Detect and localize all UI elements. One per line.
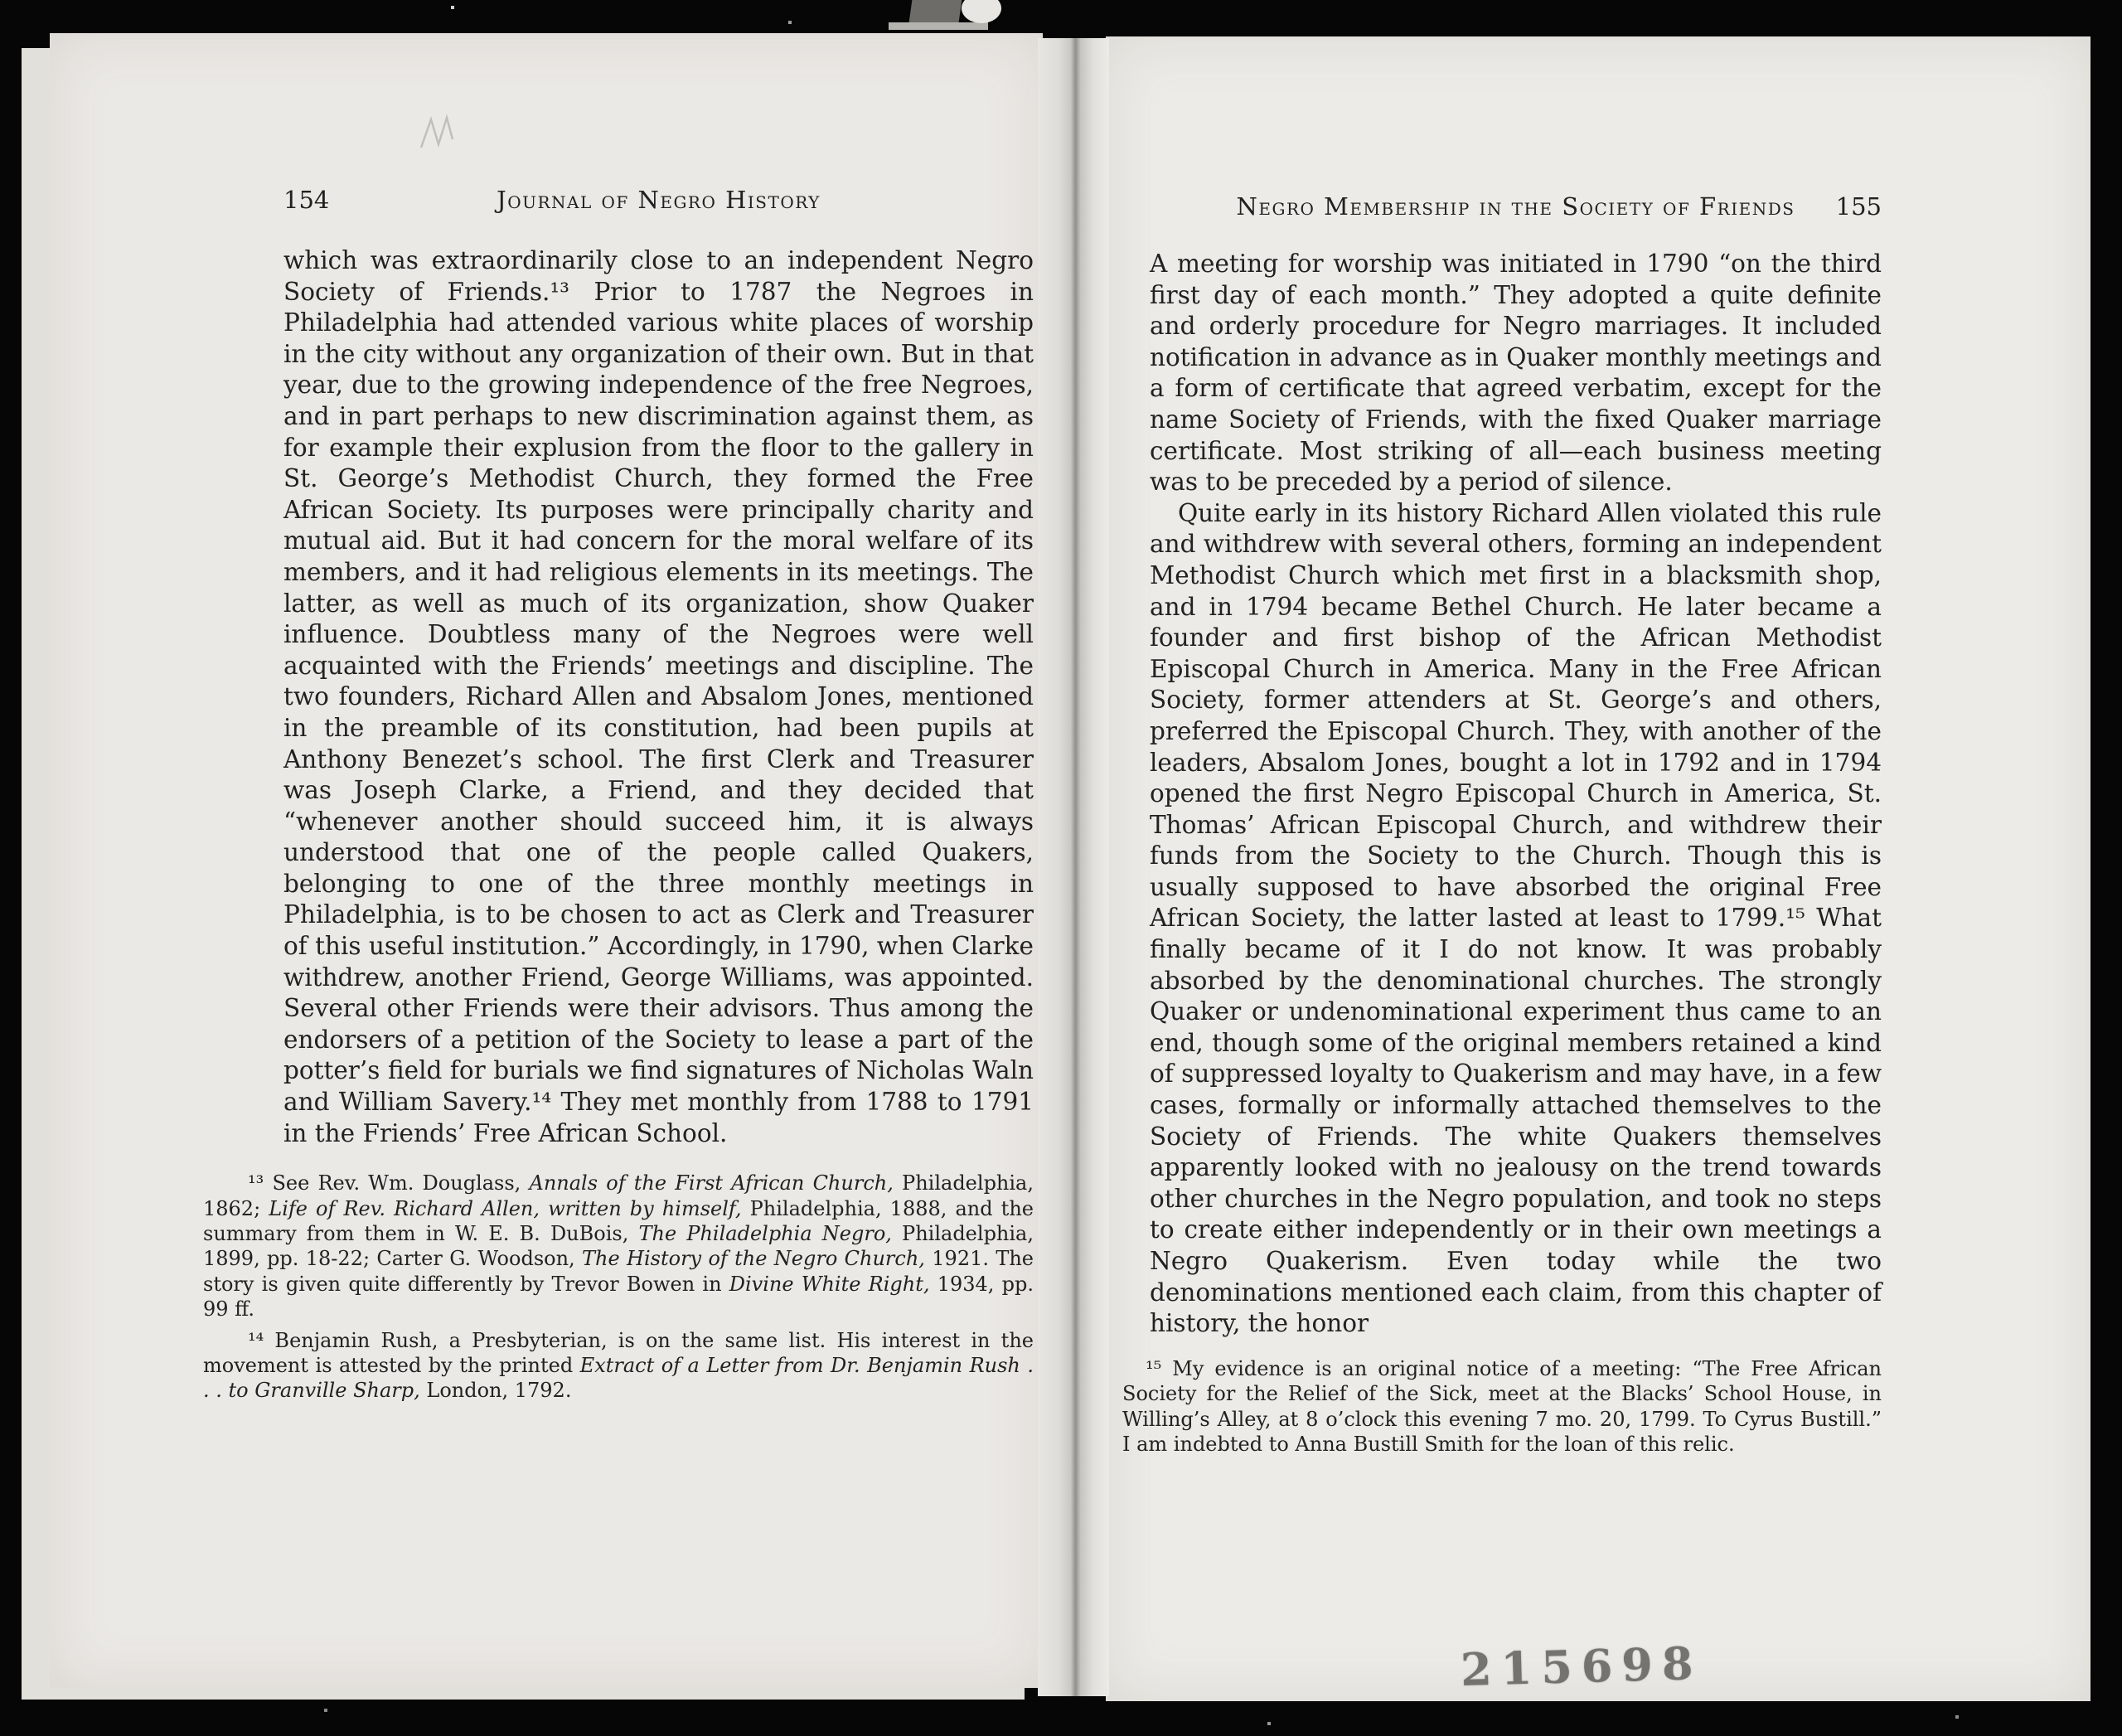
paragraph: Quite early in its history Richard Allen… xyxy=(1150,498,1882,1340)
accession-stamp: 215698 xyxy=(1460,1637,1703,1696)
scan-artifact-strip xyxy=(889,22,988,30)
footnotes-block: ¹³ See Rev. Wm. Douglass, Annals of the … xyxy=(203,1171,1034,1404)
paragraph: A meeting for worship was initiated in 1… xyxy=(1150,249,1882,498)
book-gutter-shadow xyxy=(1038,38,1109,1696)
book-scan: { "colors": { "background": "#060606", "… xyxy=(0,0,2122,1736)
body-text: which was extraordinarily close to an in… xyxy=(283,245,1034,1149)
footnote-13: ¹³ See Rev. Wm. Douglass, Annals of the … xyxy=(203,1171,1034,1321)
page-number: 155 xyxy=(1836,192,1882,221)
footnote-15: ¹⁵ My evidence is an original notice of … xyxy=(1122,1356,1882,1457)
right-page-header: Negro Membership in the Society of Frien… xyxy=(1122,192,1882,227)
scan-artifact-blob xyxy=(962,0,1001,23)
running-header: Negro Membership in the Society of Frien… xyxy=(1150,192,1882,221)
body-text: A meeting for worship was initiated in 1… xyxy=(1150,249,1882,1340)
dust-specks xyxy=(0,0,2,2)
left-page: 154 Journal of Negro History which was e… xyxy=(50,33,1043,1688)
footnote-14: ¹⁴ Benjamin Rush, a Presbyterian, is on … xyxy=(203,1328,1034,1404)
left-page-header: 154 Journal of Negro History xyxy=(203,186,1034,221)
right-page: Negro Membership in the Society of Frien… xyxy=(1106,36,2091,1701)
running-header: Journal of Negro History xyxy=(283,186,1034,214)
